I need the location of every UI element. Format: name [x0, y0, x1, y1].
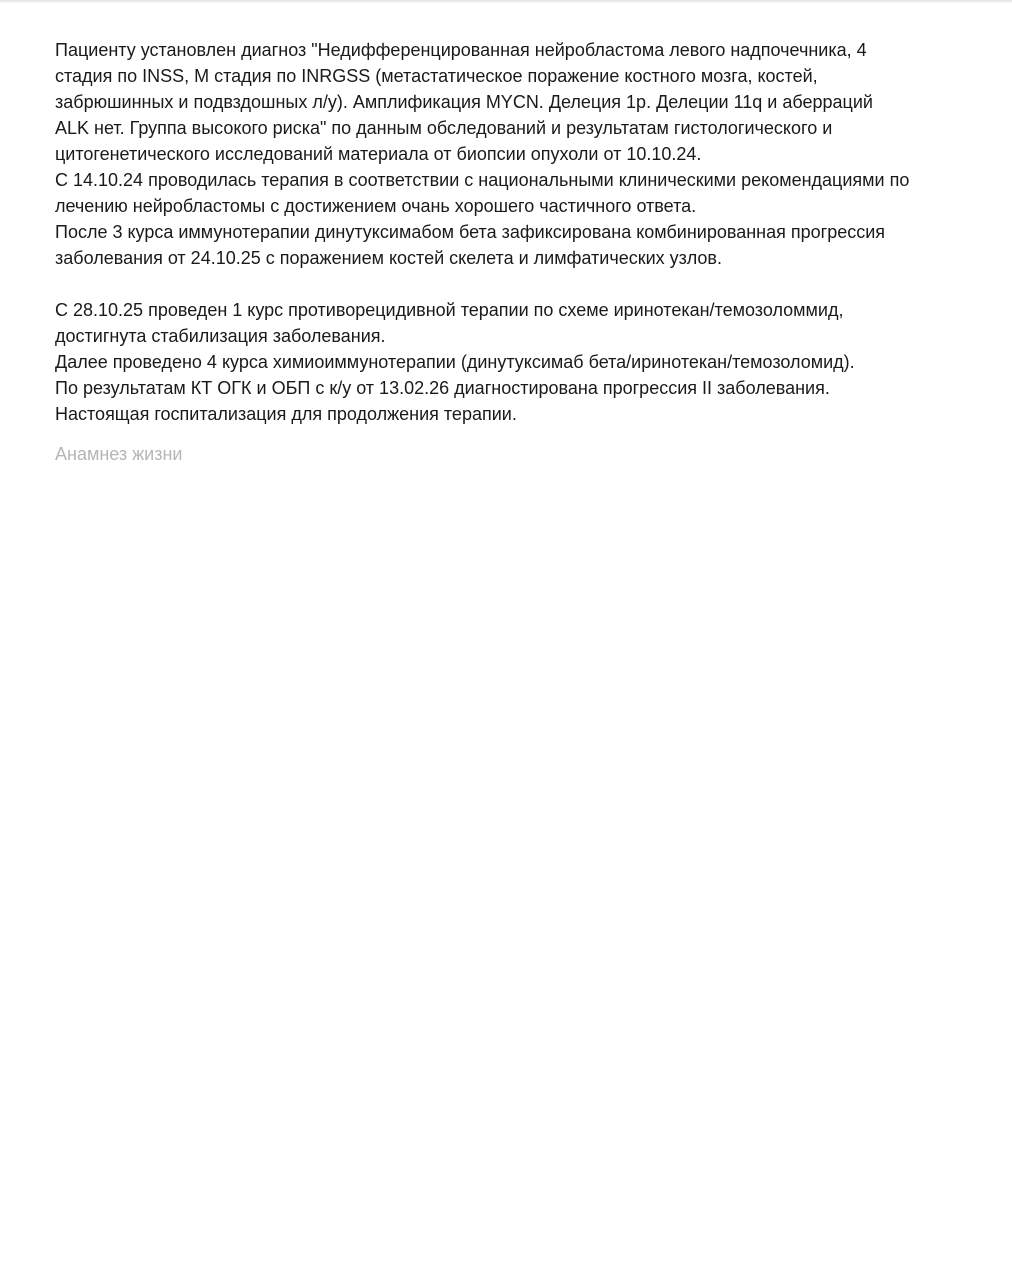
text-line: С 14.10.24 проводилась терапия в соответ… [55, 167, 995, 193]
history-block-1: Пациенту установлен диагноз "Недифференц… [55, 37, 995, 271]
top-edge-shadow [0, 0, 1012, 3]
text-line: цитогенетического исследований материала… [55, 141, 995, 167]
text-line: С 28.10.25 проведен 1 курс противорециди… [55, 297, 995, 323]
section-heading-life-history: Анамнез жизни [55, 441, 995, 467]
text-line: Далее проведено 4 курса химиоиммунотерап… [55, 349, 995, 375]
text-line: После 3 курса иммунотерапии динутуксимаб… [55, 219, 995, 245]
text-line: Пациенту установлен диагноз "Недифференц… [55, 37, 995, 63]
text-line: забрюшинных и подвздошных л/у). Амплифик… [55, 89, 995, 115]
text-line: Настоящая госпитализация для продолжения… [55, 401, 995, 427]
text-line: лечению нейробластомы с достижением очан… [55, 193, 995, 219]
text-line: стадия по INSS, M стадия по INRGSS (мета… [55, 63, 995, 89]
text-line: ALK нет. Группа высокого риска" по данны… [55, 115, 995, 141]
text-line: По результатам КТ ОГК и ОБП с к/у от 13.… [55, 375, 995, 401]
paragraph-gap [55, 271, 995, 297]
text-line: достигнута стабилизация заболевания. [55, 323, 995, 349]
text-line: заболевания от 24.10.25 с поражением кос… [55, 245, 995, 271]
history-block-2: С 28.10.25 проведен 1 курс противорециди… [55, 297, 995, 427]
anamnesis-document: Пациенту установлен диагноз "Недифференц… [55, 37, 995, 467]
